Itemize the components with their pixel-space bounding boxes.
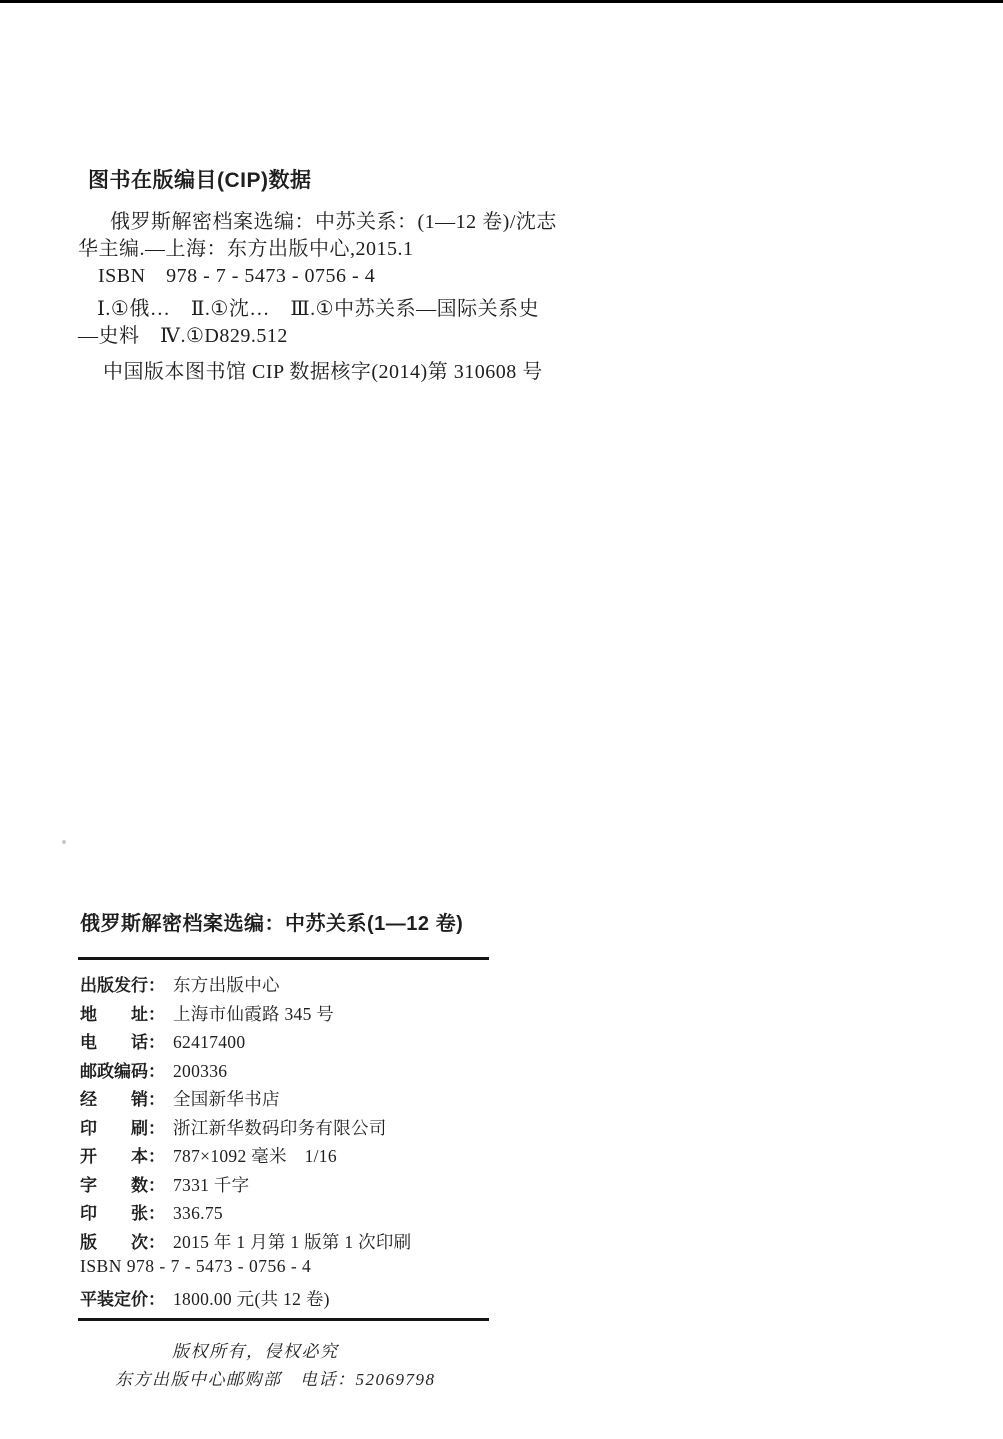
row-label: 印 刷：: [80, 1114, 173, 1139]
colophon-row-wordcount: 字 数：7331 千字: [80, 1171, 600, 1200]
cip-classification-line-2: —史料 Ⅳ.①D829.512: [78, 323, 658, 350]
copyright-notice: 版权所有，侵权必究: [172, 1337, 339, 1362]
row-label: 平装定价：: [80, 1285, 173, 1310]
colophon-row-postcode: 邮政编码：200336: [80, 1057, 600, 1086]
colophon-row-distribution: 经 销：全国新华书店: [80, 1085, 600, 1114]
colophon-row-edition: 版 次：2015 年 1 月第 1 版第 1 次印刷: [80, 1228, 600, 1257]
row-value: 1800.00 元(共 12 卷): [173, 1289, 330, 1309]
colophon-row-isbn: ISBN 978 - 7 - 5473 - 0756 - 4: [80, 1256, 600, 1285]
row-value: 2015 年 1 月第 1 版第 1 次印刷: [173, 1232, 411, 1252]
cip-registration-line: 中国版本图书馆 CIP 数据核字(2014)第 310608 号: [78, 359, 658, 386]
footer-divider-rule: [78, 1318, 489, 1321]
row-label: 经 销：: [80, 1085, 173, 1110]
row-value: 7331 千字: [173, 1175, 249, 1195]
cip-heading: 图书在版编目(CIP)数据: [88, 168, 658, 194]
row-value: ISBN 978 - 7 - 5473 - 0756 - 4: [80, 1256, 311, 1276]
row-value: 200336: [173, 1061, 227, 1081]
cip-entry-line-1: 俄罗斯解密档案选编：中苏关系：(1—12 卷)/沈志: [78, 209, 658, 236]
row-label: 开 本：: [80, 1142, 173, 1167]
row-value: 上海市仙霞路 345 号: [173, 1004, 334, 1024]
row-label: 地 址：: [80, 1000, 173, 1025]
colophon-row-phone: 电 话：62417400: [80, 1028, 600, 1057]
colophon-rows: 出版发行：东方出版中心 地 址：上海市仙霞路 345 号 电 话：6241740…: [80, 971, 600, 1313]
row-label: 版 次：: [80, 1228, 173, 1253]
colophon-row-sheets: 印 张：336.75: [80, 1199, 600, 1228]
cip-isbn-line: ISBN 978 - 7 - 5473 - 0756 - 4: [78, 263, 658, 290]
row-value: 东方出版中心: [173, 975, 280, 995]
row-value: 787×1092 毫米 1/16: [173, 1146, 337, 1166]
cip-entry-line-2: 华主编.—上海：东方出版中心,2015.1: [78, 236, 658, 263]
row-label: 邮政编码：: [80, 1057, 173, 1082]
row-value: 全国新华书店: [173, 1089, 280, 1109]
row-value: 62417400: [173, 1032, 245, 1052]
colophon-book-title: 俄罗斯解密档案选编：中苏关系(1—12 卷): [80, 911, 463, 938]
row-label: 字 数：: [80, 1171, 173, 1196]
scan-speck: [62, 840, 66, 844]
row-value: 336.75: [173, 1203, 223, 1223]
colophon-row-address: 地 址：上海市仙霞路 345 号: [80, 1000, 600, 1029]
cip-data-section: 图书在版编目(CIP)数据 俄罗斯解密档案选编：中苏关系：(1—12 卷)/沈志…: [78, 168, 658, 386]
row-label: 印 张：: [80, 1199, 173, 1224]
colophon-row-publisher: 出版发行：东方出版中心: [80, 971, 600, 1000]
row-value: 浙江新华数码印务有限公司: [173, 1118, 387, 1138]
row-label: 出版发行：: [80, 971, 173, 996]
colophon-row-printer: 印 刷：浙江新华数码印务有限公司: [80, 1114, 600, 1143]
colophon-row-price: 平装定价：1800.00 元(共 12 卷): [80, 1285, 600, 1314]
colophon-row-format: 开 本：787×1092 毫米 1/16: [80, 1142, 600, 1171]
title-divider-rule: [78, 957, 489, 960]
cip-classification-line-1: Ⅰ.①俄… Ⅱ.①沈… Ⅲ.①中苏关系—国际关系史: [78, 296, 658, 323]
page-top-edge-bar: [0, 0, 1003, 3]
row-label: 电 话：: [80, 1028, 173, 1053]
mail-order-info: 东方出版中心邮购部 电话：52069798: [115, 1365, 436, 1390]
